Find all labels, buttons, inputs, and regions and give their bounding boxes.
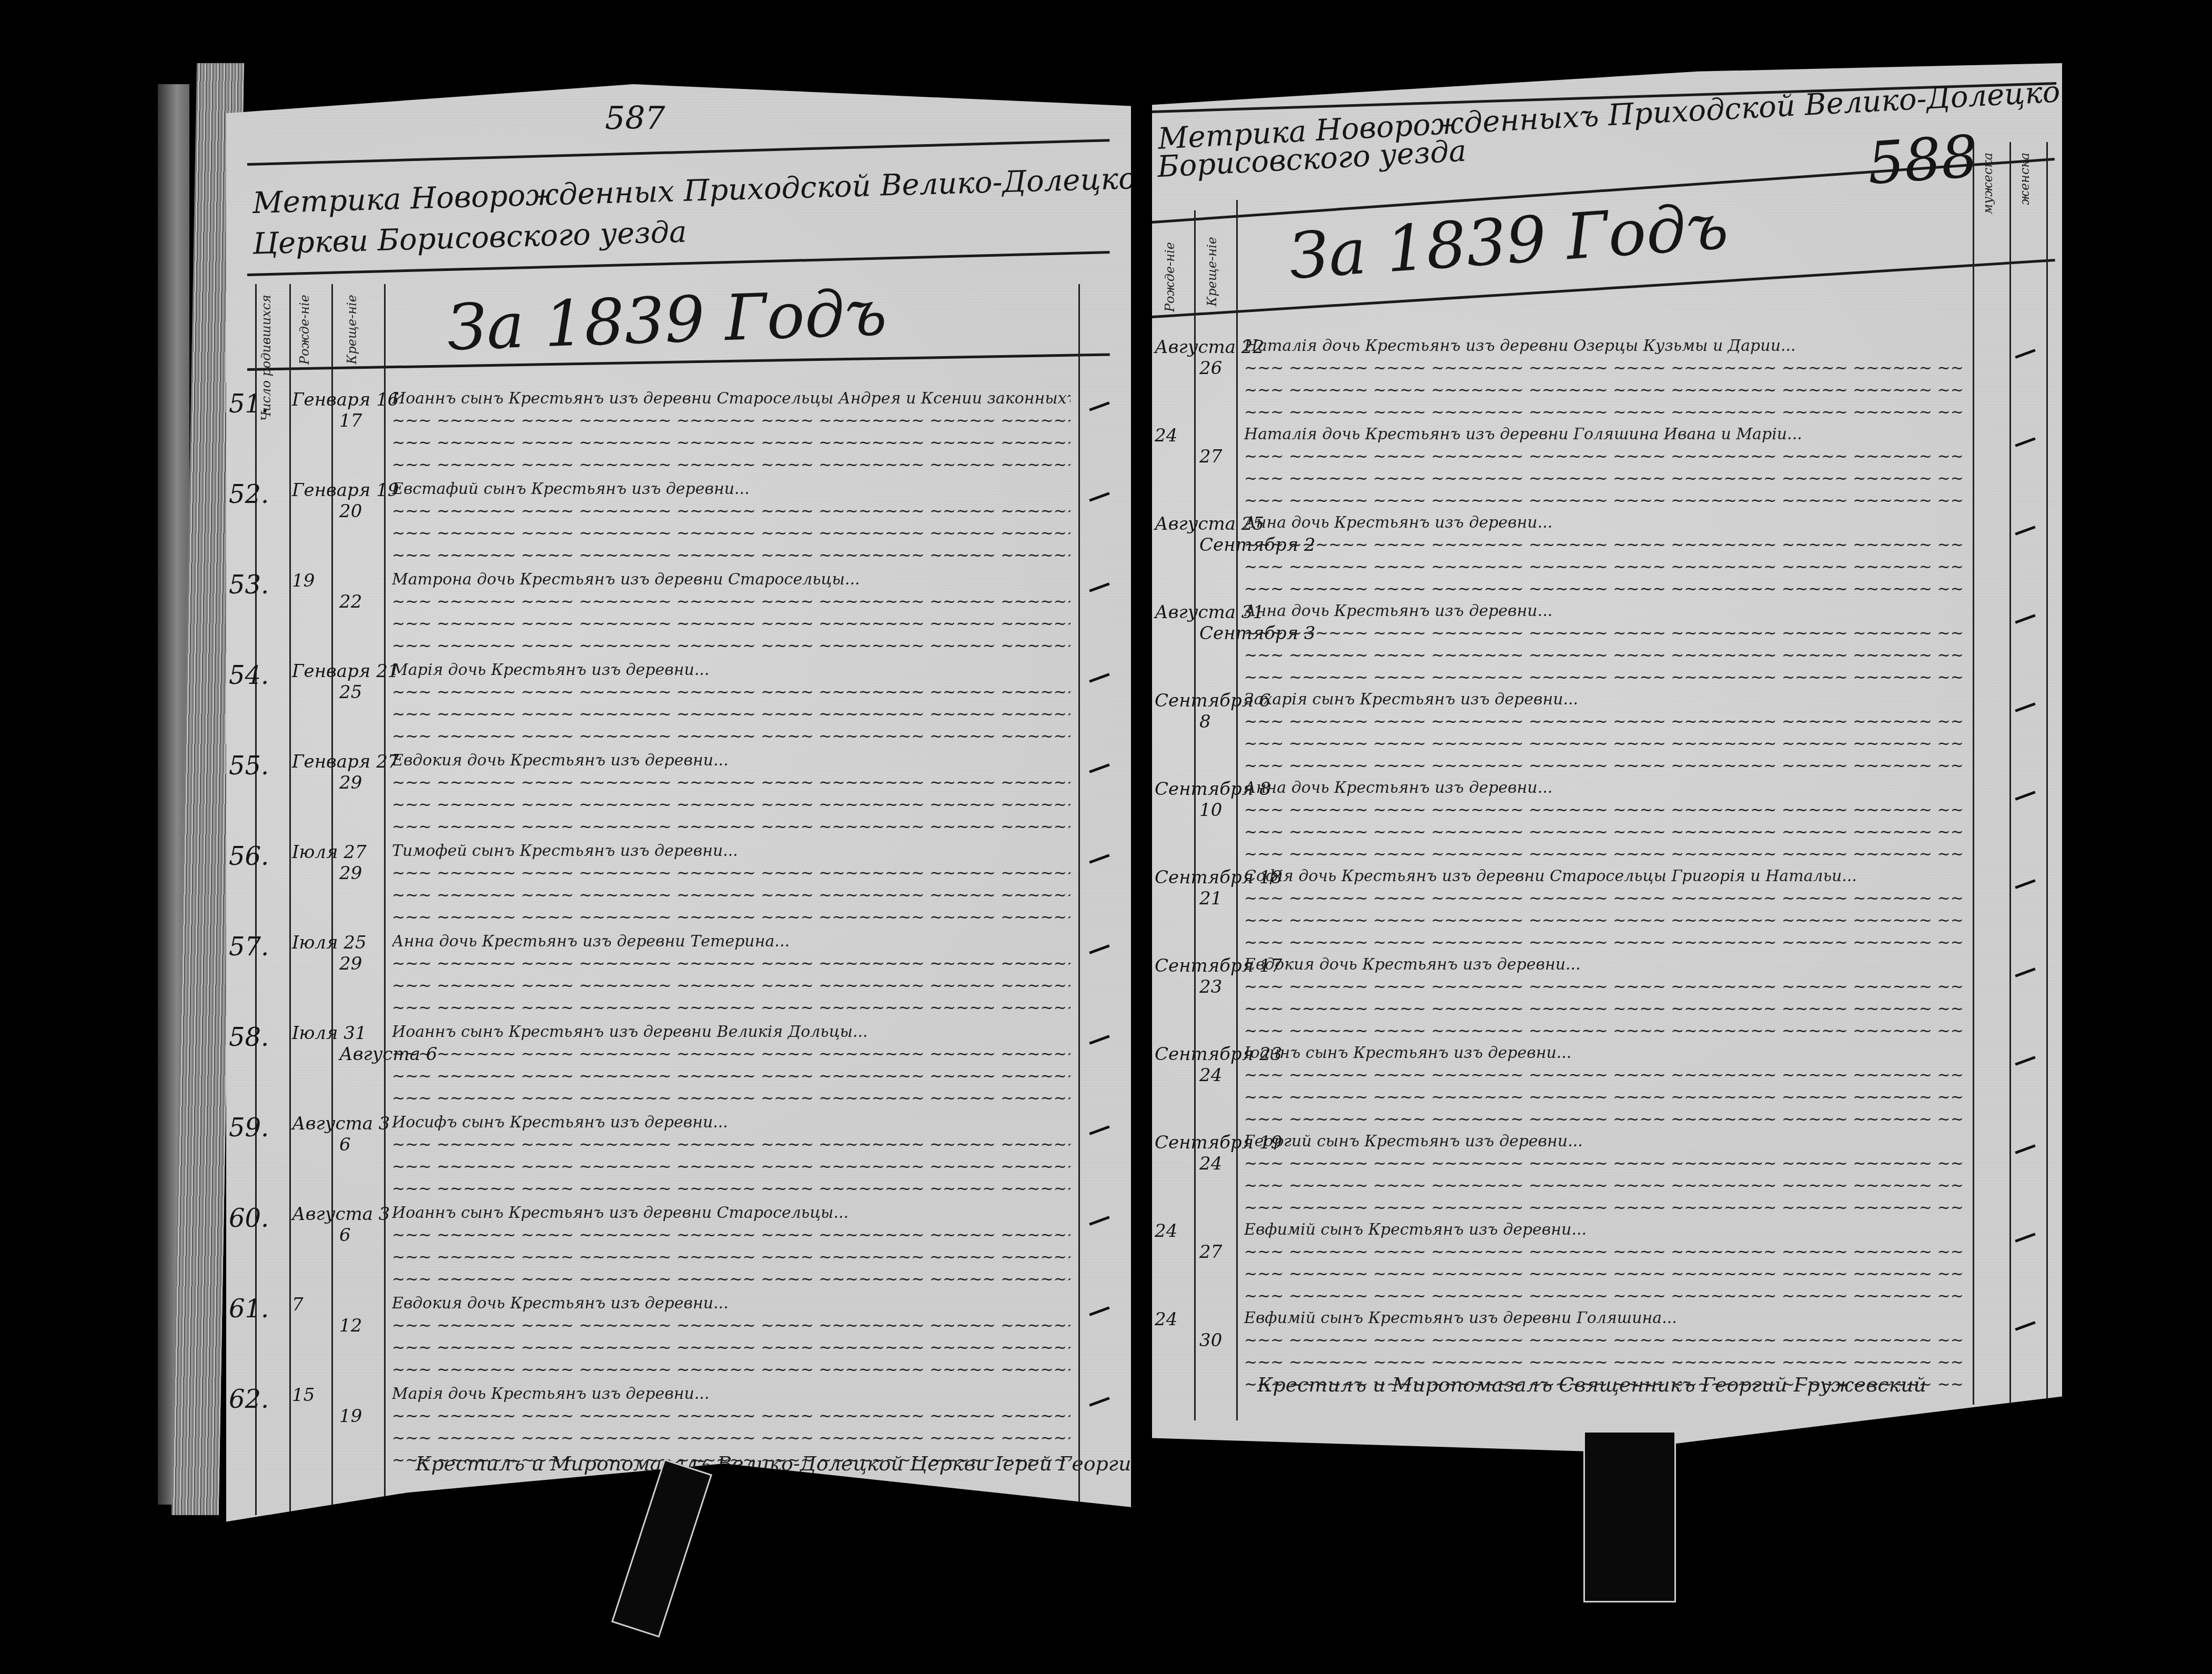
entry-text-line: ~~~ ~~~~~~ ~~~~ ~~~~~~~ ~~~~~~ ~~~~ ~~~~… bbox=[392, 502, 1070, 520]
entry-text-line: ~~~ ~~~~~~ ~~~~ ~~~~~~~ ~~~~~~ ~~~~ ~~~~… bbox=[1244, 469, 1965, 488]
entry-text-line: ~~~ ~~~~~~ ~~~~ ~~~~~~~ ~~~~~~ ~~~~ ~~~~… bbox=[1244, 911, 1965, 930]
sex-tally-mark bbox=[1089, 854, 1109, 863]
entry-number: 55. bbox=[229, 751, 269, 781]
entry-text-line: ~~~ ~~~~~~ ~~~~ ~~~~~~~ ~~~~~~ ~~~~ ~~~~… bbox=[1244, 624, 1965, 642]
entry-text-line: ~~~ ~~~~~~ ~~~~ ~~~~~~~ ~~~~~~ ~~~~ ~~~~… bbox=[1244, 1353, 1965, 1372]
right-page: Метрика Новорожденныхъ Приходской Велико… bbox=[1152, 63, 2062, 1452]
birth-date: 24 bbox=[1155, 425, 1177, 446]
birth-date: Генваря 27 bbox=[292, 751, 399, 772]
entry-text-line: ~~~ ~~~~~~ ~~~~ ~~~~~~~ ~~~~~~ ~~~~ ~~~~… bbox=[1244, 1110, 1965, 1128]
entry-text-line: ~~~ ~~~~~~ ~~~~ ~~~~~~~ ~~~~~~ ~~~~ ~~~~… bbox=[392, 1407, 1070, 1425]
entry-text-line: ~~~ ~~~~~~ ~~~~ ~~~~~~~ ~~~~~~ ~~~~ ~~~~… bbox=[392, 614, 1070, 633]
left-title-line1: Метрика Новорожденных Приходской Велико-… bbox=[252, 161, 1155, 220]
entry-text-line: Иоаннъ сынъ Крестьянъ изъ деревни Старос… bbox=[392, 389, 1070, 408]
entry-text-line: ~~~ ~~~~~~ ~~~~ ~~~~~~~ ~~~~~~ ~~~~ ~~~~… bbox=[1244, 646, 1965, 664]
sex-tally-mark bbox=[2015, 1144, 2035, 1154]
left-page-number: 587 bbox=[605, 100, 665, 137]
entry-text-line: ~~~ ~~~~~~ ~~~~ ~~~~~~~ ~~~~~~ ~~~~ ~~~~… bbox=[1244, 1331, 1965, 1349]
entry-number: 58. bbox=[229, 1023, 269, 1052]
register-entry: 55.Генваря 2729Евдокия дочь Крестьянъ из… bbox=[226, 751, 1120, 842]
entry-text-line: ~~~ ~~~~~~ ~~~~ ~~~~~~~ ~~~~~~ ~~~~ ~~~~… bbox=[392, 1135, 1070, 1154]
entry-text-line: ~~~ ~~~~~~ ~~~~ ~~~~~~~ ~~~~~~ ~~~~ ~~~~… bbox=[392, 727, 1070, 745]
register-entry: 58.Iюля 31Августа 6Иоаннъ сынъ Крестьянъ… bbox=[226, 1023, 1120, 1113]
birth-date: Генваря 19 bbox=[292, 480, 399, 501]
entry-text-line: ~~~ ~~~~~~ ~~~~ ~~~~~~~ ~~~~~~ ~~~~ ~~~~… bbox=[392, 411, 1070, 430]
birth-date: 15 bbox=[292, 1385, 315, 1406]
entry-number: 52. bbox=[229, 480, 269, 509]
entry-text-line: ~~~ ~~~~~~ ~~~~ ~~~~~~~ ~~~~~~ ~~~~ ~~~~… bbox=[392, 1089, 1070, 1107]
page-clip-left bbox=[611, 1459, 712, 1638]
entry-text-line: ~~~ ~~~~~~ ~~~~ ~~~~~~~ ~~~~~~ ~~~~ ~~~~… bbox=[392, 976, 1070, 995]
entry-text-line: ~~~ ~~~~~~ ~~~~ ~~~~~~~ ~~~~~~ ~~~~ ~~~~… bbox=[392, 705, 1070, 723]
left-year-heading: За 1839 Годъ bbox=[446, 276, 888, 365]
entry-text-line: ~~~ ~~~~~~ ~~~~ ~~~~~~~ ~~~~~~ ~~~~ ~~~~… bbox=[1244, 1198, 1965, 1217]
entry-number: 62. bbox=[229, 1385, 269, 1414]
register-entry: Сентября 1924Георгий сынъ Крестьянъ изъ … bbox=[1152, 1132, 2057, 1221]
entry-text-line: ~~~ ~~~~~~ ~~~~ ~~~~~~~ ~~~~~~ ~~~~ ~~~~… bbox=[392, 773, 1070, 792]
entry-text-line: ~~~ ~~~~~~ ~~~~ ~~~~~~~ ~~~~~~ ~~~~ ~~~~… bbox=[392, 524, 1070, 542]
register-entry: 59.Августа 36Иосифъ сынъ Крестьянъ изъ д… bbox=[226, 1113, 1120, 1204]
baptism-date: 21 bbox=[1199, 888, 1222, 909]
sex-tally-mark bbox=[2015, 526, 2035, 535]
sex-tally-mark bbox=[1089, 492, 1109, 501]
entry-text-line: Георгий сынъ Крестьянъ изъ деревни... bbox=[1244, 1132, 1965, 1151]
baptism-date: 30 bbox=[1199, 1330, 1222, 1351]
register-entry: Сентября 2324Iоаннъ сынъ Крестьянъ изъ д… bbox=[1152, 1044, 2057, 1132]
entry-text-line: Евфимiй сынъ Крестьянъ изъ деревни Голяш… bbox=[1244, 1309, 1965, 1327]
birth-date: Августа 3 bbox=[292, 1204, 390, 1225]
entry-text-line: Анна дочь Крестьянъ изъ деревни... bbox=[1244, 602, 1965, 620]
right-year-heading: За 1839 Годъ bbox=[1287, 190, 1730, 294]
entry-text-line: Евдокия дочь Крестьянъ изъ деревни... bbox=[392, 751, 1070, 770]
birth-date: 24 bbox=[1155, 1221, 1177, 1242]
baptism-date: 6 bbox=[339, 1134, 351, 1155]
column-header-birth: Рожде-нiе bbox=[1163, 242, 1177, 312]
entry-text-line: Софiя дочь Крестьянъ изъ деревни Старосе… bbox=[1244, 867, 1965, 885]
entry-text-line: ~~~ ~~~~~~ ~~~~ ~~~~~~~ ~~~~~~ ~~~~ ~~~~… bbox=[1244, 580, 1965, 598]
entry-text-line: Матрона дочь Крестьянъ изъ деревни Старо… bbox=[392, 570, 1070, 589]
entry-text-line: Iоаннъ сынъ Крестьянъ изъ деревни... bbox=[1244, 1044, 1965, 1062]
entry-text-line: Иоаннъ сынъ Крестьянъ изъ деревни Старос… bbox=[392, 1204, 1070, 1222]
entry-text-line: Евдокия дочь Крестьянъ изъ деревни... bbox=[392, 1294, 1070, 1313]
entry-text-line: ~~~ ~~~~~~ ~~~~ ~~~~~~~ ~~~~~~ ~~~~ ~~~~… bbox=[1244, 933, 1965, 952]
entry-text-line: Иоаннъ сынъ Крестьянъ изъ деревни Великi… bbox=[392, 1023, 1070, 1041]
entry-text-line: ~~~ ~~~~~~ ~~~~ ~~~~~~~ ~~~~~~ ~~~~ ~~~~… bbox=[392, 592, 1070, 611]
birth-date: Iюля 27 bbox=[292, 842, 367, 863]
baptism-date: 6 bbox=[339, 1225, 351, 1246]
birth-date: 7 bbox=[292, 1294, 304, 1315]
entry-text-line: ~~~ ~~~~~~ ~~~~ ~~~~~~~ ~~~~~~ ~~~~ ~~~~… bbox=[1244, 889, 1965, 907]
sex-tally-mark bbox=[1089, 1397, 1109, 1406]
baptism-date: 19 bbox=[339, 1406, 362, 1427]
left-title-line2: Церкви Борисовского уезда bbox=[252, 215, 687, 261]
birth-date: Августа 3 bbox=[292, 1113, 390, 1134]
entry-text-line: ~~~ ~~~~~~ ~~~~ ~~~~~~~ ~~~~~~ ~~~~ ~~~~… bbox=[1244, 1088, 1965, 1106]
entry-text-line: Евдокия дочь Крестьянъ изъ деревни... bbox=[1244, 955, 1965, 974]
entry-text-line: Евстафий сынъ Крестьянъ изъ деревни... bbox=[392, 480, 1070, 498]
entry-text-line: ~~~ ~~~~~~ ~~~~ ~~~~~~~ ~~~~~~ ~~~~ ~~~~… bbox=[1244, 447, 1965, 466]
left-page: 587 Метрика Новорожденных Приходской Вел… bbox=[226, 84, 1131, 1536]
baptism-date: 29 bbox=[339, 772, 362, 793]
entry-text-line: ~~~ ~~~~~~ ~~~~ ~~~~~~~ ~~~~~~ ~~~~ ~~~~… bbox=[1244, 558, 1965, 576]
birth-date: Iюля 25 bbox=[292, 932, 367, 953]
entry-text-line: ~~~ ~~~~~~ ~~~~ ~~~~~~~ ~~~~~~ ~~~~ ~~~~… bbox=[1244, 491, 1965, 510]
entry-text-line: Анна дочь Крестьянъ изъ деревни Тетерина… bbox=[392, 932, 1070, 951]
entry-text-line: ~~~ ~~~~~~ ~~~~ ~~~~~~~ ~~~~~~ ~~~~ ~~~~… bbox=[392, 886, 1070, 904]
entry-text-line: Анна дочь Крестьянъ изъ деревни... bbox=[1244, 513, 1965, 532]
entry-text-line: ~~~ ~~~~~~ ~~~~ ~~~~~~~ ~~~~~~ ~~~~ ~~~~… bbox=[392, 1226, 1070, 1244]
entry-text-line: ~~~ ~~~~~~ ~~~~ ~~~~~~~ ~~~~~~ ~~~~ ~~~~… bbox=[392, 546, 1070, 564]
column-header-baptism: Креще-нiе bbox=[1205, 237, 1219, 306]
entry-text-line: ~~~ ~~~~~~ ~~~~ ~~~~~~~ ~~~~~~ ~~~~ ~~~~… bbox=[392, 954, 1070, 973]
register-entry: Сентября 810Анна дочь Крестьянъ изъ дере… bbox=[1152, 779, 2057, 867]
entry-text-line: ~~~ ~~~~~~ ~~~~ ~~~~~~~ ~~~~~~ ~~~~ ~~~~… bbox=[392, 1316, 1070, 1335]
entry-text-line: ~~~ ~~~~~~ ~~~~ ~~~~~~~ ~~~~~~ ~~~~ ~~~~… bbox=[1244, 801, 1965, 819]
sex-tally-mark bbox=[1089, 401, 1109, 411]
entry-text-line: ~~~ ~~~~~~ ~~~~ ~~~~~~~ ~~~~~~ ~~~~ ~~~~… bbox=[1244, 1287, 1965, 1305]
margin-header-female: женска bbox=[2017, 153, 2032, 205]
register-entry: Сентября 1723Евдокия дочь Крестьянъ изъ … bbox=[1152, 955, 2057, 1044]
sex-tally-mark bbox=[1089, 1306, 1109, 1316]
sex-tally-mark bbox=[2015, 437, 2035, 447]
baptism-date: 12 bbox=[339, 1315, 362, 1336]
entry-text-line: ~~~ ~~~~~~ ~~~~ ~~~~~~~ ~~~~~~ ~~~~ ~~~~… bbox=[392, 456, 1070, 474]
entry-text-line: ~~~ ~~~~~~ ~~~~ ~~~~~~~ ~~~~~~ ~~~~ ~~~~… bbox=[392, 1429, 1070, 1447]
register-entry: Августа 31Сентября 3Анна дочь Крестьянъ … bbox=[1152, 602, 2057, 690]
entry-text-line: ~~~ ~~~~~~ ~~~~ ~~~~~~~ ~~~~~~ ~~~~ ~~~~… bbox=[1244, 757, 1965, 775]
page-clip-right bbox=[1583, 1431, 1676, 1602]
register-entry: 54.Генваря 2125Марiя дочь Крестьянъ изъ … bbox=[226, 661, 1120, 751]
sex-tally-mark bbox=[2015, 879, 2035, 889]
entry-text-line: ~~~ ~~~~~~ ~~~~ ~~~~~~~ ~~~~~~ ~~~~ ~~~~… bbox=[392, 795, 1070, 814]
register-entry: 57.Iюля 2529Анна дочь Крестьянъ изъ дере… bbox=[226, 932, 1120, 1023]
sex-tally-mark bbox=[2015, 1321, 2035, 1330]
register-entry: 2427Евфимiй сынъ Крестьянъ изъ деревни..… bbox=[1152, 1221, 2057, 1309]
register-entry: 61.712Евдокия дочь Крестьянъ изъ деревни… bbox=[226, 1294, 1120, 1385]
entry-text-line: ~~~ ~~~~~~ ~~~~ ~~~~~~~ ~~~~~~ ~~~~ ~~~~… bbox=[392, 1179, 1070, 1198]
register-entry: Августа 25Сентября 2Анна дочь Крестьянъ … bbox=[1152, 513, 2057, 602]
sex-tally-mark bbox=[2015, 1056, 2035, 1065]
entry-text-line: ~~~ ~~~~~~ ~~~~ ~~~~~~~ ~~~~~~ ~~~~ ~~~~… bbox=[1244, 1243, 1965, 1261]
entry-number: 61. bbox=[229, 1294, 269, 1324]
baptism-date: 29 bbox=[339, 953, 362, 974]
register-entry: 51.Генваря 1617Иоаннъ сынъ Крестьянъ изъ… bbox=[226, 389, 1120, 480]
birth-date: 24 bbox=[1155, 1309, 1177, 1330]
entry-text-line: Иосифъ сынъ Крестьянъ изъ деревни... bbox=[392, 1113, 1070, 1132]
column-header-baptism: Креще-нiе bbox=[345, 295, 359, 364]
entry-text-line: ~~~ ~~~~~~ ~~~~ ~~~~~~~ ~~~~~~ ~~~~ ~~~~… bbox=[1244, 1066, 1965, 1084]
register-entry: 53.1922Матрона дочь Крестьянъ изъ деревн… bbox=[226, 570, 1120, 661]
entry-text-line: ~~~ ~~~~~~ ~~~~ ~~~~~~~ ~~~~~~ ~~~~ ~~~~… bbox=[1244, 977, 1965, 996]
entry-text-line: ~~~ ~~~~~~ ~~~~ ~~~~~~~ ~~~~~~ ~~~~ ~~~~… bbox=[1244, 823, 1965, 841]
register-entry: Сентября 1821Софiя дочь Крестьянъ изъ де… bbox=[1152, 867, 2057, 955]
baptism-date: 8 bbox=[1199, 711, 1211, 732]
column-header-birth: Рожде-нiе bbox=[297, 295, 312, 365]
entry-number: 60. bbox=[229, 1204, 269, 1233]
sex-tally-mark bbox=[1089, 944, 1109, 954]
entry-text-line: Захарiя сынъ Крестьянъ изъ деревни... bbox=[1244, 690, 1965, 709]
entry-text-line: ~~~ ~~~~~~ ~~~~ ~~~~~~~ ~~~~~~ ~~~~ ~~~~… bbox=[392, 1360, 1070, 1379]
entry-text-line: ~~~ ~~~~~~ ~~~~ ~~~~~~~ ~~~~~~ ~~~~ ~~~~… bbox=[1244, 845, 1965, 863]
sex-tally-mark bbox=[1089, 763, 1109, 773]
entry-text-line: ~~~ ~~~~~~ ~~~~ ~~~~~~~ ~~~~~~ ~~~~ ~~~~… bbox=[392, 1157, 1070, 1176]
entry-text-line: Наталiя дочь Крестьянъ изъ деревни Озерц… bbox=[1244, 337, 1965, 355]
entry-text-line: Наталiя дочь Крестьянъ изъ деревни Голяш… bbox=[1244, 425, 1965, 443]
baptism-date: 10 bbox=[1199, 800, 1222, 821]
entry-text-line: ~~~ ~~~~~~ ~~~~ ~~~~~~~ ~~~~~~ ~~~~ ~~~~… bbox=[392, 1067, 1070, 1085]
register-entry: Сентября 68Захарiя сынъ Крестьянъ изъ де… bbox=[1152, 690, 2057, 779]
baptism-date: 26 bbox=[1199, 358, 1222, 379]
right-closing-note: Крестилъ и Миропомазалъ Священникъ Георг… bbox=[1257, 1373, 1926, 1396]
entry-text-line: ~~~ ~~~~~~ ~~~~ ~~~~~~~ ~~~~~~ ~~~~ ~~~~… bbox=[392, 1248, 1070, 1266]
sex-tally-mark bbox=[2015, 702, 2035, 712]
register-entry: 52.Генваря 1920Евстафий сынъ Крестьянъ и… bbox=[226, 480, 1120, 570]
baptism-date: 24 bbox=[1199, 1065, 1222, 1086]
baptism-date: 27 bbox=[1199, 1242, 1222, 1263]
entry-number: 53. bbox=[229, 570, 269, 600]
entry-text-line: ~~~ ~~~~~~ ~~~~ ~~~~~~~ ~~~~~~ ~~~~ ~~~~… bbox=[392, 1270, 1070, 1288]
entry-text-line: ~~~ ~~~~~~ ~~~~ ~~~~~~~ ~~~~~~ ~~~~ ~~~~… bbox=[1244, 1176, 1965, 1195]
baptism-date: 22 bbox=[339, 591, 362, 612]
sex-tally-mark bbox=[1089, 582, 1109, 592]
entry-number: 54. bbox=[229, 661, 269, 690]
entry-text-line: ~~~ ~~~~~~ ~~~~ ~~~~~~~ ~~~~~~ ~~~~ ~~~~… bbox=[392, 864, 1070, 882]
sex-tally-mark bbox=[2015, 614, 2035, 623]
entry-text-line: ~~~ ~~~~~~ ~~~~ ~~~~~~~ ~~~~~~ ~~~~ ~~~~… bbox=[392, 1338, 1070, 1357]
register-entry: Августа 2226Наталiя дочь Крестьянъ изъ д… bbox=[1152, 337, 2057, 425]
entry-text-line: Анна дочь Крестьянъ изъ деревни... bbox=[1244, 779, 1965, 797]
birth-date: Iюля 31 bbox=[292, 1023, 367, 1044]
baptism-date: 27 bbox=[1199, 446, 1222, 467]
baptism-date: 25 bbox=[339, 682, 362, 703]
baptism-date: 24 bbox=[1199, 1153, 1222, 1174]
entry-text-line: ~~~ ~~~~~~ ~~~~ ~~~~~~~ ~~~~~~ ~~~~ ~~~~… bbox=[1244, 1022, 1965, 1040]
entry-text-line: ~~~ ~~~~~~ ~~~~ ~~~~~~~ ~~~~~~ ~~~~ ~~~~… bbox=[1244, 359, 1965, 377]
entry-text-line: ~~~ ~~~~~~ ~~~~ ~~~~~~~ ~~~~~~ ~~~~ ~~~~… bbox=[392, 637, 1070, 655]
sex-tally-mark bbox=[1089, 1125, 1109, 1135]
right-page-number: 588 bbox=[1865, 123, 1980, 197]
entry-number: 57. bbox=[229, 932, 269, 962]
entry-text-line: Марiя дочь Крестьянъ изъ деревни... bbox=[392, 661, 1070, 679]
entry-number: 51. bbox=[229, 389, 269, 419]
entry-text-line: ~~~ ~~~~~~ ~~~~ ~~~~~~~ ~~~~~~ ~~~~ ~~~~… bbox=[1244, 1000, 1965, 1018]
baptism-date: 29 bbox=[339, 863, 362, 884]
sex-tally-mark bbox=[2015, 1233, 2035, 1242]
entry-number: 59. bbox=[229, 1113, 269, 1143]
baptism-date: 17 bbox=[339, 410, 362, 431]
register-entry: 60.Августа 36Иоаннъ сынъ Крестьянъ изъ д… bbox=[226, 1204, 1120, 1294]
entry-text-line: ~~~ ~~~~~~ ~~~~ ~~~~~~~ ~~~~~~ ~~~~ ~~~~… bbox=[392, 433, 1070, 452]
entry-text-line: ~~~ ~~~~~~ ~~~~ ~~~~~~~ ~~~~~~ ~~~~ ~~~~… bbox=[1244, 668, 1965, 687]
sex-tally-mark bbox=[1089, 1216, 1109, 1225]
entry-text-line: ~~~ ~~~~~~ ~~~~ ~~~~~~~ ~~~~~~ ~~~~ ~~~~… bbox=[392, 908, 1070, 926]
margin-header-male: мужеска bbox=[1981, 153, 1995, 214]
birth-date: 19 bbox=[292, 570, 315, 591]
entry-text-line: ~~~ ~~~~~~ ~~~~ ~~~~~~~ ~~~~~~ ~~~~ ~~~~… bbox=[1244, 381, 1965, 399]
baptism-date: 23 bbox=[1199, 976, 1222, 997]
sex-tally-mark bbox=[2015, 967, 2035, 977]
entry-text-line: ~~~ ~~~~~~ ~~~~ ~~~~~~~ ~~~~~~ ~~~~ ~~~~… bbox=[1244, 712, 1965, 731]
baptism-date: 20 bbox=[339, 501, 362, 522]
entry-text-line: ~~~ ~~~~~~ ~~~~ ~~~~~~~ ~~~~~~ ~~~~ ~~~~… bbox=[392, 818, 1070, 836]
entry-text-line: ~~~ ~~~~~~ ~~~~ ~~~~~~~ ~~~~~~ ~~~~ ~~~~… bbox=[392, 1045, 1070, 1063]
register-entry: 2427Наталiя дочь Крестьянъ изъ деревни Г… bbox=[1152, 425, 2057, 513]
sex-tally-mark bbox=[2015, 349, 2035, 358]
sex-tally-mark bbox=[1089, 673, 1109, 682]
entry-text-line: ~~~ ~~~~~~ ~~~~ ~~~~~~~ ~~~~~~ ~~~~ ~~~~… bbox=[1244, 1154, 1965, 1173]
birth-date: Генваря 21 bbox=[292, 661, 399, 682]
sex-tally-mark bbox=[2015, 791, 2035, 800]
entry-number: 56. bbox=[229, 842, 269, 871]
birth-date: Генваря 16 bbox=[292, 389, 399, 410]
rule bbox=[247, 139, 1110, 166]
entry-text-line: Евфимiй сынъ Крестьянъ изъ деревни... bbox=[1244, 1221, 1965, 1239]
entry-text-line: Тимофей сынъ Крестьянъ изъ деревни... bbox=[392, 842, 1070, 860]
entry-text-line: Марiя дочь Крестьянъ изъ деревни... bbox=[392, 1385, 1070, 1403]
entry-text-line: ~~~ ~~~~~~ ~~~~ ~~~~~~~ ~~~~~~ ~~~~ ~~~~… bbox=[1244, 536, 1965, 554]
entry-text-line: ~~~ ~~~~~~ ~~~~ ~~~~~~~ ~~~~~~ ~~~~ ~~~~… bbox=[1244, 403, 1965, 421]
entry-text-line: ~~~ ~~~~~~ ~~~~ ~~~~~~~ ~~~~~~ ~~~~ ~~~~… bbox=[392, 683, 1070, 701]
entry-text-line: ~~~ ~~~~~~ ~~~~ ~~~~~~~ ~~~~~~ ~~~~ ~~~~… bbox=[1244, 1265, 1965, 1283]
sex-tally-mark bbox=[1089, 1035, 1109, 1044]
entry-text-line: ~~~ ~~~~~~ ~~~~ ~~~~~~~ ~~~~~~ ~~~~ ~~~~… bbox=[1244, 734, 1965, 753]
entry-text-line: ~~~ ~~~~~~ ~~~~ ~~~~~~~ ~~~~~~ ~~~~ ~~~~… bbox=[392, 999, 1070, 1017]
register-entry: 56.Iюля 2729Тимофей сынъ Крестьянъ изъ д… bbox=[226, 842, 1120, 932]
